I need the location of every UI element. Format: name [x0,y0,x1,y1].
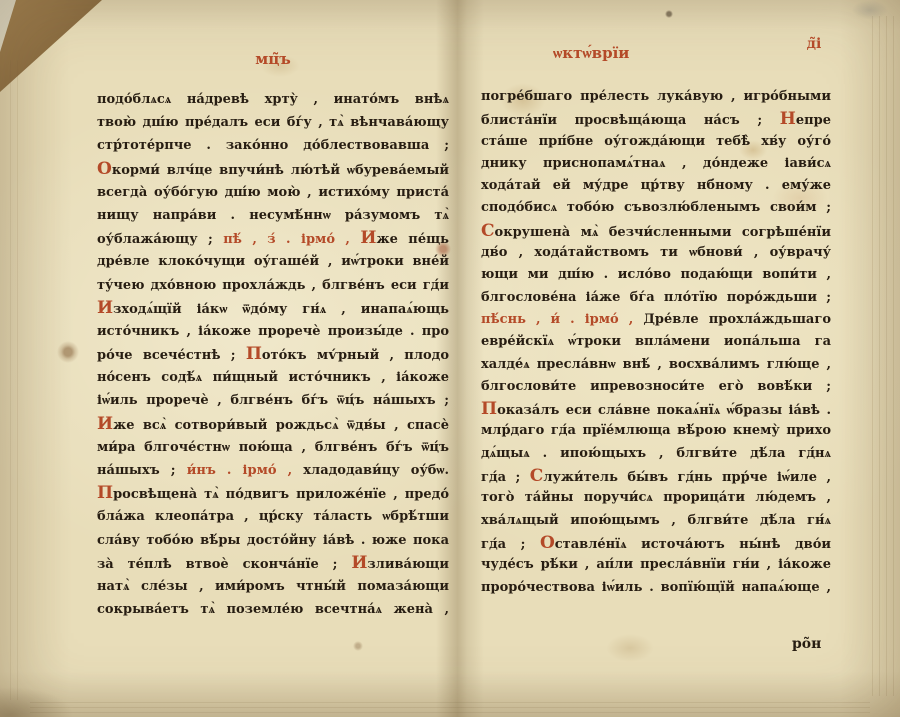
text-line: іѡ́иль проречѐ , блгве́нъ бѓъ ѿц́ъ на́шы… [97,389,449,412]
text-line: дѧ́щыѧ . ипою́щыхъ , блгви́те дѣ́ла гд́н… [481,443,831,465]
text-line: б̃оИже всѧ̀ сотвори́вый рождьсѧ̀ ѿдв́ы ,… [97,413,449,436]
text-line: погре́бшаго пре́лесть лука́вую , игро́бн… [481,86,831,108]
text-line: исто́чникъ , іа́коже проречѐ произы́де .… [97,320,449,343]
text-line: млр́даго гд́а прїе́млюща вѣ́рою кнему̀ п… [481,420,831,442]
text-line: евре́йскїѧ ѡ́троки впла́мени иопа́льша г… [481,331,831,353]
text-line: ми́ра блгоче́стнѡ пою́ща , блгве́нъ бѓъ … [97,436,449,459]
text-line: блгослове́на іа́же бѓа пло́тїю поро́ждьш… [481,287,831,309]
text-line: ро́че всече́стнѣ ; Пото́къ мѵ́рный , пло… [97,343,449,366]
text-segment: хладодави́цу оу́бѡ. [303,463,449,478]
text-segment: за̀ те́плѣ втвоѐ сконча́нїе ; [97,557,351,572]
text-line: хода́тай ей му́дре цр́тву нб́ному . ему́… [481,175,831,197]
text-segment: ту́чею дхо́вною прохла́ждь , блгве́нъ ес… [97,278,449,297]
text-segment: твою̀ дш́ю пре́далъ еси бѓу , тѧ̀ вѣнчав… [97,115,449,130]
text-line: ста́ше прп́бне оу́гожда́ющи тебѣ̀ хв́у о… [481,131,831,153]
folio-number: д̃і [790,36,838,52]
quire-signature: ро̃н [792,636,846,652]
rubric-segment: П [481,399,497,419]
text-segment: халде́ѧ пресла́внѡ внѣ́ , восхва́лимъ гл… [481,357,831,372]
text-line: б̃оСокрушена̀ мѧ̀ безчи́сленными согрѣше… [481,220,831,242]
text-segment: ставле́нїѧ источа́ютъ ны́нѣ дво́и [555,537,831,552]
text-segment: стр́тоте́рпче . зако́нно до́блествовавша… [97,138,449,153]
rubric-segment: пѣ́ , з́ . ірмо́ , [223,232,360,247]
text-line: ту́чею дхо́вною прохла́ждь , блгве́нъ ес… [97,274,449,297]
text-line: твою̀ дш́ю пре́далъ еси бѓу , тѧ̀ вѣнчав… [97,111,449,134]
open-book-spread: мц̃ъ ѡктѡ́врїи д̃і ро̃н подо́блѧсѧ на́др… [0,0,900,717]
text-line: Показа́лъ еси сла́вне покаѧ́нїѧ ѡ́бразы … [481,398,831,420]
text-segment: сокрыва́етъ тѧ̀ поземле́ю всечтна́ѧ жена… [97,602,449,617]
text-segment: погре́бшаго пре́лесть лука́вую , игро́бн… [481,89,831,104]
text-segment: окрушена̀ мѧ̀ безчи́сленными согрѣше́нїи [495,225,831,240]
rubric-segment: О [97,159,112,179]
text-segment: лужи́тель бы́въ гд́нь прр́че іѡ́иле , [543,470,831,485]
page-edges-left [4,60,22,700]
text-line: на́шыхъ ; и́нъ . ірмо́ , хладодави́цу оу… [97,459,449,482]
rubric-segment: О [540,533,555,553]
text-line: халде́ѧ пресла́внѡ внѣ́ , восхва́лимъ гл… [481,354,831,376]
text-segment: росвѣщена̀ тѧ̀ по́двигъ приложе́нїе , пр… [113,487,449,502]
text-line: натѧ̀ сле́зы , ими́ромъ чтны́й помаза́ющ… [97,575,449,598]
text-line: бла́жа клеопа́тра , цр́ску та́ласть ѡбрѣ… [97,505,449,528]
running-title-right: ѡктѡ́врїи [553,44,703,63]
text-line: днику приснопамѧ́тнаѧ , до́ндеже іави́сѧ [481,153,831,175]
text-line: того̀ та́йны поручи́сѧ прорица́ти лю́дем… [481,487,831,509]
text-segment: оу́блажа́ющу ; [97,232,223,247]
text-segment: исто́чникъ , іа́коже проречѐ произы́де .… [97,324,449,339]
rubric-segment: и́нъ . ірмо́ , [187,463,304,478]
text-line: Просвѣщена̀ тѧ̀ по́двигъ приложе́нїе , п… [97,482,449,505]
text-line: подо́блѧсѧ на́древѣ хрту̀ , инато́мъ внѣ… [97,88,449,111]
text-segment: сподо́бисѧ тобо́ю съвозлю́бленымъ свои́м… [481,200,831,215]
text-line: гд́а ; Служи́тель бы́въ гд́нь прр́че іѡ́… [481,465,831,487]
text-segment: хва́лѧщый ипою́щымъ , блгви́те дѣ́ла гн́… [481,513,831,528]
rubric-segment: И [360,228,376,248]
text-segment: того̀ та́йны поручи́сѧ прорица́ти лю́дем… [481,490,831,505]
text-segment: нищу напра́ви . несумѣ́ннѡ ра́зумомъ тѧ̀ [97,208,449,223]
rubric-segment: И [97,414,113,434]
text-line: дре́вле клоко́чущи оу́гаше́й , иѡ́троки … [97,250,449,273]
text-segment: днику приснопамѧ́тнаѧ , до́ндеже іави́сѧ [481,156,831,171]
text-segment: епре [796,113,831,128]
text-segment: млр́даго гд́а прїе́млюща вѣ́рою кнему̀ п… [481,423,831,438]
text-segment: гд́а ; [481,537,540,552]
text-segment: ро́че всече́стнѣ ; [97,348,246,363]
rubric-segment: С [530,466,544,486]
text-line: но́сенъ содѣ́ѧ пи́щный исто́чникъ , іа́к… [97,366,449,389]
text-segment: натѧ̀ сле́зы , ими́ромъ чтны́й помаза́ющ… [97,579,449,594]
text-line: дв́о , хода́тайствомъ ти ѡбнови́ , оу́вр… [481,242,831,264]
text-line: б̃оОкорми́ влч́це впучи́нѣ лю́тѣй ѡбурев… [97,158,449,181]
text-line: ющи ми дш́ю . исло́во подаю́щи вопи́ти , [481,264,831,286]
rubric-segment: И [351,553,367,573]
text-segment: евре́йскїѧ ѡ́троки впла́мени иопа́льша г… [481,334,831,349]
text-line: всегда̀ оу́бо́гую дш́ю мою̀ , истихо́му … [97,181,449,204]
text-segment: злива́ющи [367,557,449,572]
text-line: чуде́съ рѣ́ки , ап́ли пресла́внїи гн́и ,… [481,554,831,576]
text-line: сокрыва́етъ тѧ̀ поземле́ю всечтна́ѧ жена… [97,598,449,621]
text-segment: блгослове́на іа́же бѓа пло́тїю поро́ждьш… [481,290,831,305]
text-segment: дв́о , хода́тайствомъ ти ѡбнови́ , оу́вр… [481,245,831,260]
text-line: сла́ву тобо́ю вѣ́ры досто́йну іа́вѣ . юж… [97,529,449,552]
text-segment: блгослови́те ипревозноси́те его̀ вовѣ́ки… [481,379,831,394]
text-line: хва́лѧщый ипою́щымъ , блгви́те дѣ́ла гн́… [481,510,831,532]
text-segment: чуде́съ рѣ́ки , ап́ли пресла́внїи гн́и ,… [481,557,831,572]
text-segment: но́сенъ содѣ́ѧ пи́щный исто́чникъ , іа́к… [97,370,449,385]
text-line: оу́блажа́ющу ; пѣ́ , з́ . ірмо́ , Иже пе… [97,227,449,250]
text-segment: ми́ра блгоче́стнѡ пою́ща , блгве́нъ бѓъ … [97,440,449,455]
text-segment: дѧ́щыѧ . ипою́щыхъ , блгви́те дѣ́ла гд́н… [481,446,831,461]
page-stack-corner [0,0,60,90]
text-line: проро́чествова іѡ́иль . вопїю́щїй напаѧ́… [481,577,831,599]
rubric-segment: П [97,483,113,503]
right-page-text-block: погре́бшаго пре́лесть лука́вую , игро́бн… [481,86,831,599]
text-segment: хода́тай ей му́дре цр́тву нб́ному . ему́… [481,178,831,193]
text-segment: сла́ву тобо́ю вѣ́ры досто́йну іа́вѣ . юж… [97,533,449,548]
text-segment: блиста́нїи просвѣща́юща на́съ ; [481,113,780,128]
text-segment: ста́ше прп́бне оу́гожда́ющи тебѣ̀ хв́у о… [481,134,831,149]
page-edges-right [866,16,900,696]
left-page-text-block: подо́блѧсѧ на́древѣ хрту̀ , инато́мъ внѣ… [97,88,449,621]
text-line: блгослови́те ипревозноси́те его̀ вовѣ́ки… [481,376,831,398]
text-segment: же всѧ̀ сотвори́вый рождьсѧ̀ ѿдв́ы , спа… [113,418,449,433]
text-line: сподо́бисѧ тобо́ю съвозлю́бленымъ свои́м… [481,197,831,219]
text-segment: дре́вле клоко́чущи оу́гаше́й , иѡ́троки … [97,254,449,269]
text-segment: бла́жа клеопа́тра , цр́ску та́ласть ѡбрѣ… [97,509,449,524]
text-segment: оказа́лъ еси сла́вне покаѧ́нїѧ ѡ́бразы і… [497,403,831,418]
running-title-left: мц̃ъ [236,50,310,68]
text-segment: проро́чествова іѡ́иль . вопїю́щїй напаѧ́… [481,580,831,595]
text-segment: гд́а ; [481,470,530,485]
text-line: за̀ те́плѣ втвоѐ сконча́нїе ; Излива́ющи [97,552,449,575]
text-segment: подо́блѧсѧ на́древѣ хрту̀ , инато́мъ внѣ… [97,92,449,107]
text-segment: ото́къ мѵ́рный , плодо [262,348,449,363]
text-segment: всегда̀ оу́бо́гую дш́ю мою̀ , истихо́му … [97,185,449,200]
text-segment: же пе́щь [376,232,449,247]
page-edges-bottom [30,699,870,717]
rubric-segment: П [246,344,262,364]
text-line: Изходѧ́щїй іа́кѡ ѿдо́му гн́ѧ , инапаѧ́ющ… [97,297,449,320]
text-segment: Дре́вле прохла́ждьшаго [643,312,831,327]
rubric-segment: Н [780,109,796,129]
rubric-segment: И [97,298,113,318]
text-segment: ющи ми дш́ю . исло́во подаю́щи вопи́ти , [481,267,831,282]
text-line: нищу напра́ви . несумѣ́ннѡ ра́зумомъ тѧ̀ [97,204,449,227]
text-segment: корми́ влч́це впучи́нѣ лю́тѣй ѡбурева́ем… [112,163,449,178]
rubric-segment: С [481,221,495,241]
text-segment: зходѧ́щїй іа́кѡ ѿдо́му гн́ѧ , инапаѧ́ющь [113,302,449,317]
text-line: гд́а ; Оставле́нїѧ источа́ютъ ны́нѣ дво́… [481,532,831,554]
text-segment: на́шыхъ ; [97,463,187,478]
text-segment: іѡ́иль проречѐ , блгве́нъ бѓъ ѿц́ъ на́шы… [97,393,449,408]
text-line: блиста́нїи просвѣща́юща на́съ ; Непре [481,108,831,130]
rubric-segment: пѣ́снь , и́ . ірмо́ , [481,312,643,327]
text-line: пѣ́снь , и́ . ірмо́ , Дре́вле прохла́ждь… [481,309,831,331]
text-line: стр́тоте́рпче . зако́нно до́блествовавша… [97,134,449,157]
